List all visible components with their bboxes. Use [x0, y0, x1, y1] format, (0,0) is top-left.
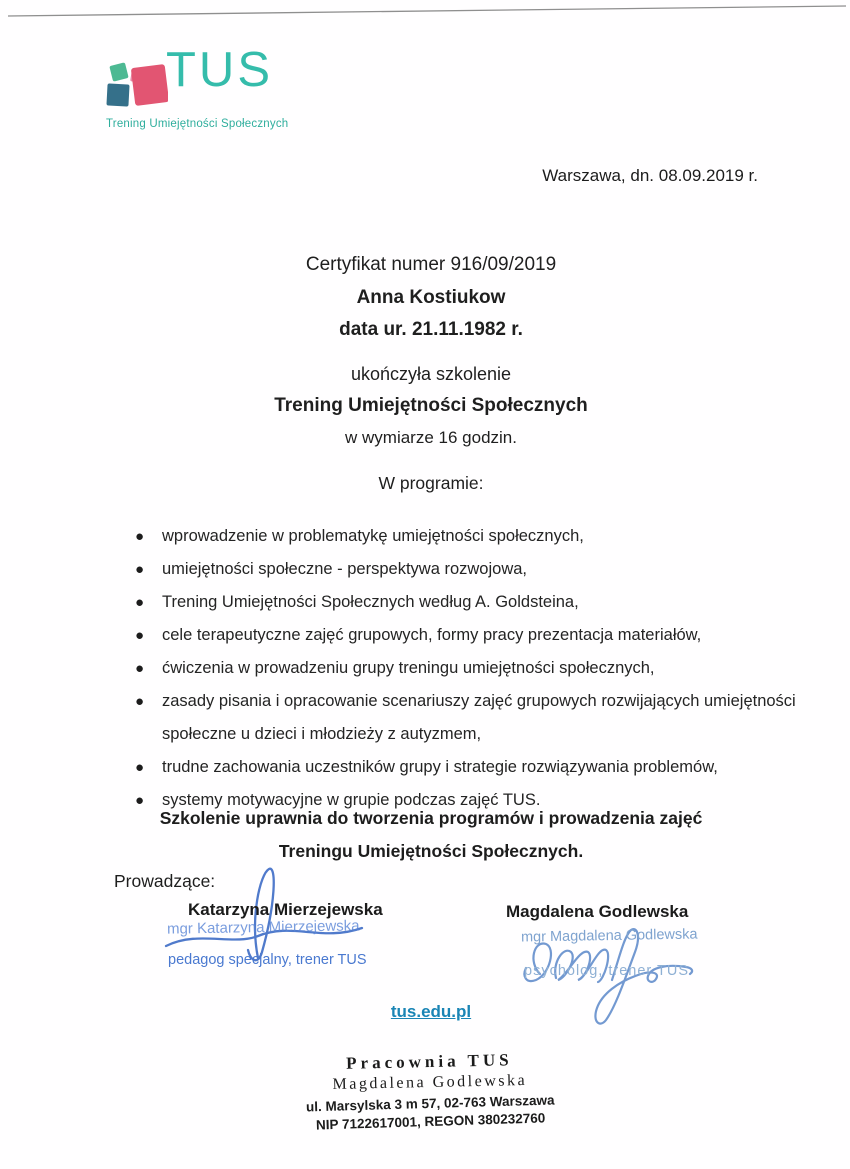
certificate-page: TUS Trening Umiejętności Społecznych War… — [0, 0, 850, 1169]
list-item-text: zasady pisania i opracowanie scenariuszy… — [162, 692, 796, 743]
website-link-row: tus.edu.pl — [6, 1002, 850, 1022]
trainer-right-name: Magdalena Godlewska — [506, 902, 688, 922]
bullet-icon: ● — [135, 751, 144, 784]
program-heading: W programie: — [6, 473, 850, 494]
trainer-left-stamp-name: mgr Katarzyna Mierzejewska — [167, 917, 360, 937]
tus-logo-squares-icon — [104, 54, 168, 116]
program-list: ●wprowadzenie w problematykę umiejętnośc… — [128, 520, 818, 817]
bullet-icon: ● — [135, 520, 144, 553]
list-item-text: cele terapeutyczne zajęć grupowych, form… — [162, 626, 701, 644]
logo-tagline: Trening Umiejętności Społecznych — [106, 118, 288, 130]
list-item: ●ćwiczenia w prowadzeniu grupy treningu … — [128, 652, 818, 685]
duration-line: w wymiarze 16 godzin. — [6, 428, 850, 448]
trainer-left-name: Katarzyna Mierzejewska — [188, 900, 383, 920]
list-item-text: wprowadzenie w problematykę umiejętności… — [162, 527, 584, 545]
course-title: Trening Umiejętności Społecznych — [6, 395, 850, 417]
entitlement-statement: Szkolenie uprawnia do tworzenia programó… — [6, 802, 850, 868]
list-item: ●cele terapeutyczne zajęć grupowych, for… — [128, 619, 818, 652]
entitlement-line2: Treningu Umiejętności Społecznych. — [6, 835, 850, 868]
list-item-text: umiejętności społeczne - perspektywa roz… — [162, 560, 527, 578]
bullet-icon: ● — [135, 586, 144, 619]
birth-date-line: data ur. 21.11.1982 r. — [6, 319, 850, 341]
completed-line: ukończyła szkolenie — [6, 364, 850, 385]
list-item: ●umiejętności społeczne - perspektywa ro… — [128, 553, 818, 586]
company-stamp: Pracownia TUS Magdalena Godlewska ul. Ma… — [0, 1043, 850, 1138]
tus-logo: TUS Trening Umiejętności Społecznych — [104, 54, 284, 138]
logo-title: TUS — [166, 42, 273, 98]
list-item: ●wprowadzenie w problematykę umiejętnośc… — [128, 520, 818, 553]
city-date-line: Warszawa, dn. 08.09.2019 r. — [542, 166, 758, 186]
scan-edge-line — [0, 0, 850, 30]
list-item: ●Trening Umiejętności Społecznych według… — [128, 586, 818, 619]
trainer-right-stamp-role: psycholog, trener TUS — [524, 963, 689, 979]
list-item-text: Trening Umiejętności Społecznych według … — [162, 593, 579, 611]
bullet-icon: ● — [135, 619, 144, 652]
bullet-icon: ● — [135, 553, 144, 586]
bullet-icon: ● — [135, 652, 144, 685]
bullet-icon: ● — [135, 685, 144, 718]
trainer-right-stamp-name: mgr Magdalena Godlewska — [521, 926, 698, 945]
certificate-number: Certyfikat numer 916/09/2019 — [6, 254, 850, 276]
list-item: ●zasady pisania i opracowanie scenariusz… — [128, 685, 818, 751]
trainer-left-stamp-role: pedagog specjalny, trener TUS — [168, 952, 367, 968]
website-link[interactable]: tus.edu.pl — [391, 1002, 471, 1021]
list-item: ●trudne zachowania uczestników grupy i s… — [128, 751, 818, 784]
entitlement-line1: Szkolenie uprawnia do tworzenia programó… — [6, 802, 850, 835]
list-item-text: trudne zachowania uczestników grupy i st… — [162, 758, 718, 776]
recipient-name: Anna Kostiukow — [6, 287, 850, 309]
list-item-text: ćwiczenia w prowadzeniu grupy treningu u… — [162, 659, 655, 677]
